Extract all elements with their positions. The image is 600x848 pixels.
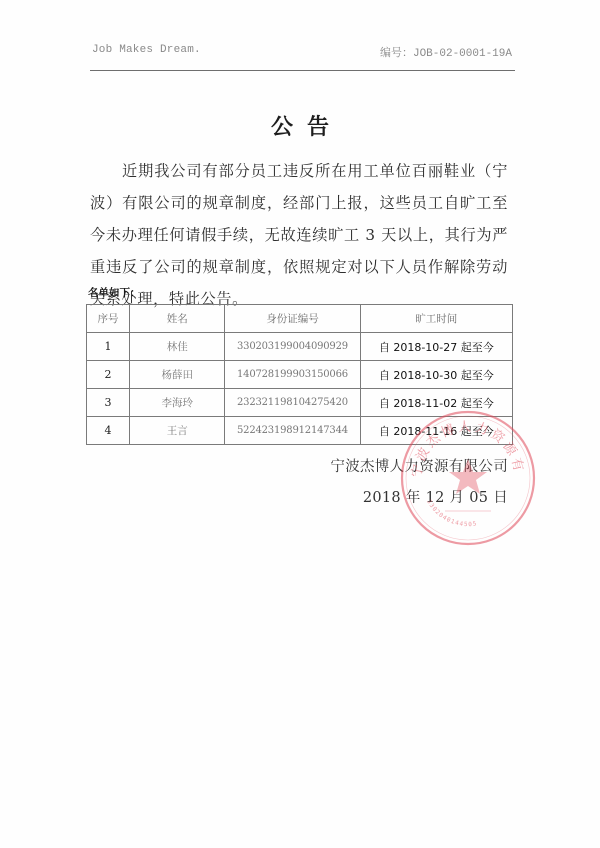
company-signature: 宁波杰博人力资源有限公司	[330, 455, 508, 476]
table-row: 4 王言 522423198912147344 自 2018-11-16 起至今	[87, 417, 513, 445]
row-id: 232321198104275420	[225, 389, 360, 417]
page-title: 公告	[0, 110, 600, 141]
row-period: 自 2018-11-02 起至今	[360, 389, 512, 417]
row-no: 3	[87, 389, 130, 417]
table-row: 3 李海玲 232321198104275420 自 2018-11-02 起至…	[87, 389, 513, 417]
row-no: 4	[87, 417, 130, 445]
table-row: 1 林佳 330203199004090929 自 2018-10-27 起至今	[87, 333, 513, 361]
row-no: 1	[87, 333, 130, 361]
employee-table: 序号 姓名 身份证编号 旷工时间 1 林佳 330203199004090929…	[86, 304, 513, 445]
announcement-paragraph: 近期我公司有部分员工违反所在用工单位百丽鞋业（宁波）有限公司的规章制度，经部门上…	[90, 155, 508, 315]
row-no: 2	[87, 361, 130, 389]
table-header-row: 序号 姓名 身份证编号 旷工时间	[87, 305, 513, 333]
list-label: 名单如下：	[88, 285, 141, 300]
row-period: 自 2018-10-27 起至今	[360, 333, 512, 361]
signature-date: 2018 年 12 月 05 日	[363, 486, 508, 507]
row-id: 330203199004090929	[225, 333, 360, 361]
row-period: 自 2018-10-30 起至今	[360, 361, 512, 389]
header-period: 旷工时间	[360, 305, 512, 333]
header-id: 身份证编号	[225, 305, 360, 333]
row-id: 140728199903150066	[225, 361, 360, 389]
header-no: 序号	[87, 305, 130, 333]
table-row: 2 杨薛田 140728199903150066 自 2018-10-30 起至…	[87, 361, 513, 389]
document-number: 编号：JOB-02-0001-19A	[380, 44, 512, 60]
row-name: 林佳	[130, 333, 225, 361]
row-name: 王言	[130, 417, 225, 445]
row-period: 自 2018-11-16 起至今	[360, 417, 512, 445]
row-id: 522423198912147344	[225, 417, 360, 445]
header-name: 姓名	[130, 305, 225, 333]
row-name: 李海玲	[130, 389, 225, 417]
header-divider	[90, 70, 515, 71]
header-slogan: Job Makes Dream.	[92, 44, 201, 56]
row-name: 杨薛田	[130, 361, 225, 389]
